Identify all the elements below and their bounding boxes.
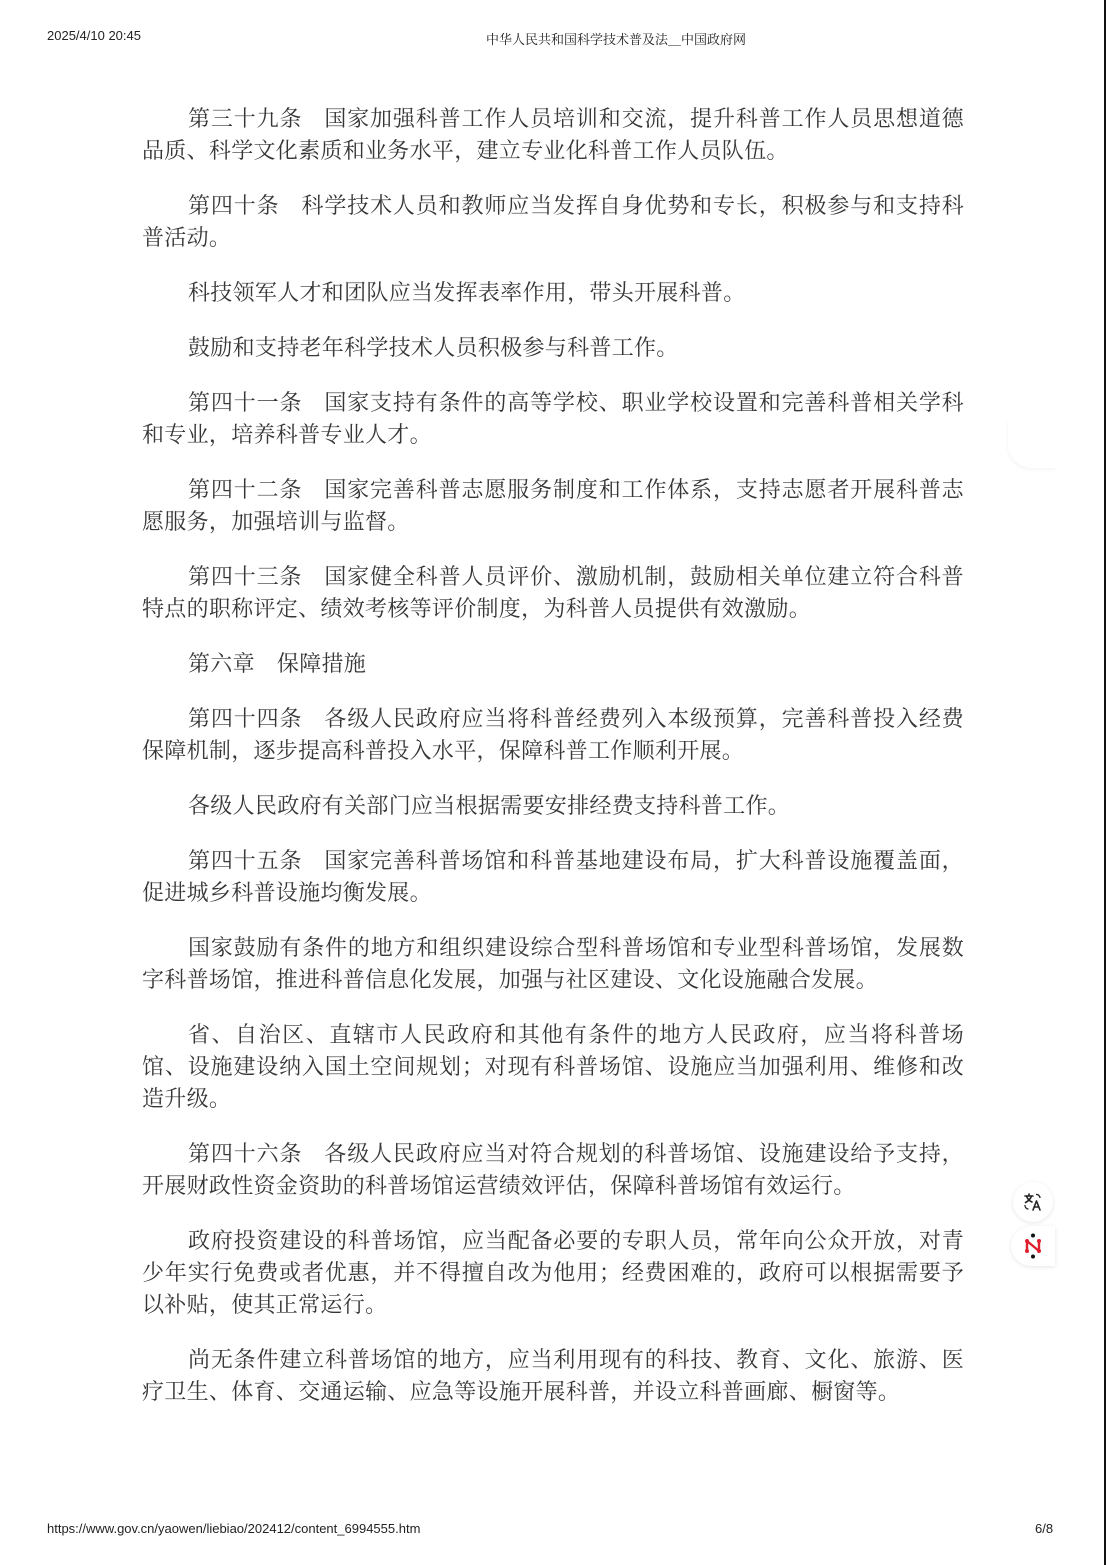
article-number: 第四十三条 <box>188 565 302 590</box>
article-text: 科技领军人才和团队应当发挥表率作用，带头开展科普。 <box>188 281 746 306</box>
paragraph-article-41: 第四十一条国家支持有条件的高等学校、职业学校设置和完善科普相关学科和专业，培养科… <box>142 388 964 452</box>
paragraph-text: 各级人民政府有关部门应当根据需要安排经费支持科普工作。 <box>142 791 964 823</box>
article-number: 第四十二条 <box>188 478 302 503</box>
print-footer: https://www.gov.cn/yaowen/liebiao/202412… <box>0 1521 1106 1541</box>
print-header: 2025/4/10 20:45 中华人民共和国科学技术普及法＿中国政府网 <box>0 28 1106 48</box>
page-indicator: 6/8 <box>1035 1521 1053 1536</box>
ai-network-icon <box>1021 1233 1045 1259</box>
article-number: 第四十一条 <box>188 391 302 416</box>
page-title: 中华人民共和国科学技术普及法＿中国政府网 <box>486 29 746 48</box>
paragraph-text: 政府投资建设的科普场馆，应当配备必要的专职人员，常年向公众开放，对青少年实行免费… <box>142 1226 964 1322</box>
paragraph-article-40: 第四十条科学技术人员和教师应当发挥自身优势和专长，积极参与和支持科普活动。 <box>142 191 964 255</box>
paragraph-text: 科技领军人才和团队应当发挥表率作用，带头开展科普。 <box>142 278 964 310</box>
page-url: https://www.gov.cn/yaowen/liebiao/202412… <box>47 1521 420 1536</box>
side-panel-handle[interactable] <box>1008 420 1056 468</box>
article-text: 政府投资建设的科普场馆，应当配备必要的专职人员，常年向公众开放，对青少年实行免费… <box>142 1229 964 1318</box>
paragraph-text: 国家鼓励有条件的地方和组织建设综合型科普场馆和专业型科普场馆，发展数字科普场馆，… <box>142 933 964 997</box>
article-number: 第四十四条 <box>188 707 302 732</box>
paragraph-text: 尚无条件建立科普场馆的地方，应当利用现有的科技、教育、文化、旅游、医疗卫生、体育… <box>142 1345 964 1409</box>
article-text: 国家鼓励有条件的地方和组织建设综合型科普场馆和专业型科普场馆，发展数字科普场馆，… <box>142 936 964 993</box>
article-text: 各级人民政府有关部门应当根据需要安排经费支持科普工作。 <box>188 794 790 819</box>
chapter-number: 第六章 <box>188 652 255 677</box>
chapter-heading: 第六章保障措施 <box>142 649 964 681</box>
paragraph-article-39: 第三十九条国家加强科普工作人员培训和交流，提升科普工作人员思想道德品质、科学文化… <box>142 104 964 168</box>
article-number: 第四十六条 <box>188 1142 302 1167</box>
paragraph-article-46: 第四十六条各级人民政府应当对符合规划的科普场馆、设施建设给予支持，开展财政性资金… <box>142 1139 964 1203</box>
article-number: 第三十九条 <box>188 107 302 132</box>
article-number: 第四十条 <box>188 194 279 219</box>
ai-assistant-button[interactable] <box>1011 1226 1055 1266</box>
article-text: 尚无条件建立科普场馆的地方，应当利用现有的科技、教育、文化、旅游、医疗卫生、体育… <box>142 1348 964 1405</box>
paragraph-text: 省、自治区、直辖市人民政府和其他有条件的地方人民政府，应当将科普场馆、设施建设纳… <box>142 1020 964 1116</box>
print-datetime: 2025/4/10 20:45 <box>47 28 141 43</box>
chapter-title: 保障措施 <box>277 652 366 677</box>
translate-button[interactable] <box>1013 1182 1053 1222</box>
paragraph-article-43: 第四十三条国家健全科普人员评价、激励机制，鼓励相关单位建立符合科普特点的职称评定… <box>142 562 964 626</box>
article-number: 第四十五条 <box>188 849 302 874</box>
article-text: 鼓励和支持老年科学技术人员积极参与科普工作。 <box>188 336 679 361</box>
article-text: 省、自治区、直辖市人民政府和其他有条件的地方人民政府，应当将科普场馆、设施建设纳… <box>142 1023 964 1112</box>
document-body: 第三十九条国家加强科普工作人员培训和交流，提升科普工作人员思想道德品质、科学文化… <box>142 104 964 1432</box>
paragraph-article-42: 第四十二条国家完善科普志愿服务制度和工作体系，支持志愿者开展科普志愿服务，加强培… <box>142 475 964 539</box>
translate-icon <box>1023 1192 1043 1212</box>
paragraph-article-44: 第四十四条各级人民政府应当将科普经费列入本级预算，完善科普投入经费保障机制，逐步… <box>142 704 964 768</box>
paragraph-text: 鼓励和支持老年科学技术人员积极参与科普工作。 <box>142 333 964 365</box>
paragraph-article-45: 第四十五条国家完善科普场馆和科普基地建设布局，扩大科普设施覆盖面，促进城乡科普设… <box>142 846 964 910</box>
